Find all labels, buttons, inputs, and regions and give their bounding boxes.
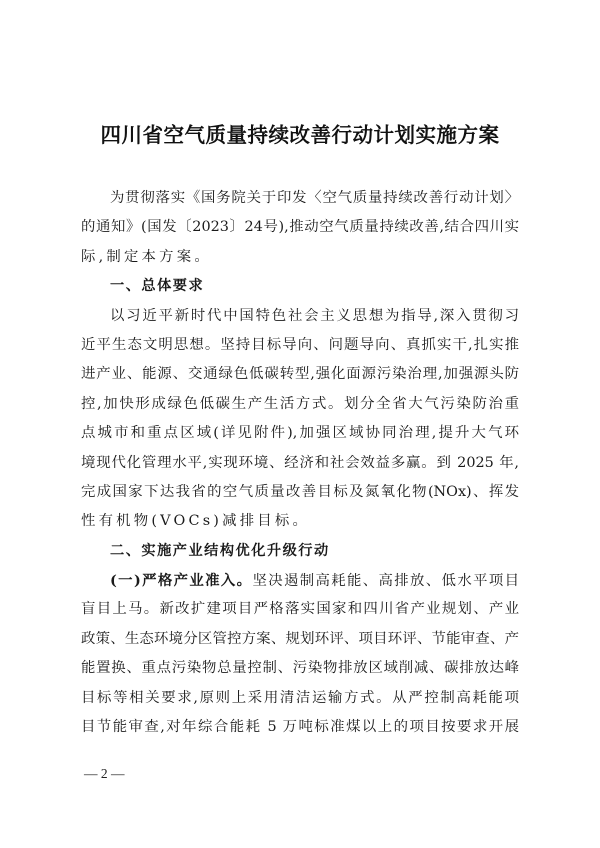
- paragraph-line: 点城市和重点区域(详见附件),加强区域协同治理,提升大气环: [81, 419, 519, 448]
- paragraph-line: 以习近平新时代中国特色社会主义思想为指导,深入贯彻习: [81, 302, 519, 331]
- intro-line: 的通知》(国发〔2023〕24号),推动空气质量持续改善,结合四川实: [81, 213, 519, 242]
- intro-line: 际,制定本方案。: [81, 243, 519, 272]
- intro-line: 为贯彻落实《国务院关于印发〈空气质量持续改善行动计划〉: [81, 184, 519, 213]
- paragraph-line: 政策、生态环境分区管控方案、规划环评、项目环评、节能审查、产: [81, 625, 519, 654]
- section-heading: 二、实施产业结构优化升级行动: [81, 537, 519, 566]
- paragraph-line: 进产业、能源、交通绿色低碳转型,强化面源污染治理,加强源头防: [81, 360, 519, 389]
- paragraph-line: 目标等相关要求,原则上采用清洁运输方式。从严控制高耗能项: [81, 684, 519, 713]
- paragraph-line: 盲目上马。新改扩建项目严格落实国家和四川省产业规划、产业: [81, 595, 519, 624]
- paragraph-line: (一)严格产业准入。坚决遏制高耗能、高排放、低水平项目: [81, 566, 519, 595]
- document-title: 四川省空气质量持续改善行动计划实施方案: [0, 118, 600, 148]
- section-heading: 一、总体要求: [81, 272, 519, 301]
- paragraph-line: 境现代化管理水平,实现环境、经济和社会效益多赢。到 2025 年,: [81, 449, 519, 478]
- paragraph-line: 目节能审查,对年综合能耗 5 万吨标准煤以上的项目按要求开展: [81, 713, 519, 742]
- paragraph-line: 性有机物(VOCs)减排目标。: [81, 507, 519, 536]
- page-number: — 2 —: [84, 766, 125, 782]
- paragraph-text: 坚决遏制高耗能、高排放、低水平项目: [252, 573, 519, 589]
- document-body: 为贯彻落实《国务院关于印发〈空气质量持续改善行动计划〉 的通知》(国发〔2023…: [81, 184, 519, 742]
- paragraph-line: 控,加快形成绿色低碳生产生活方式。划分全省大气污染防治重: [81, 390, 519, 419]
- subsection-label: (一)严格产业准入。: [110, 572, 252, 589]
- paragraph-line: 完成国家下达我省的空气质量改善目标及氮氧化物(NOx)、挥发: [81, 478, 519, 507]
- paragraph-line: 近平生态文明思想。坚持目标导向、问题导向、真抓实干,扎实推: [81, 331, 519, 360]
- paragraph-line: 能置换、重点污染物总量控制、污染物排放区域削减、碳排放达峰: [81, 654, 519, 683]
